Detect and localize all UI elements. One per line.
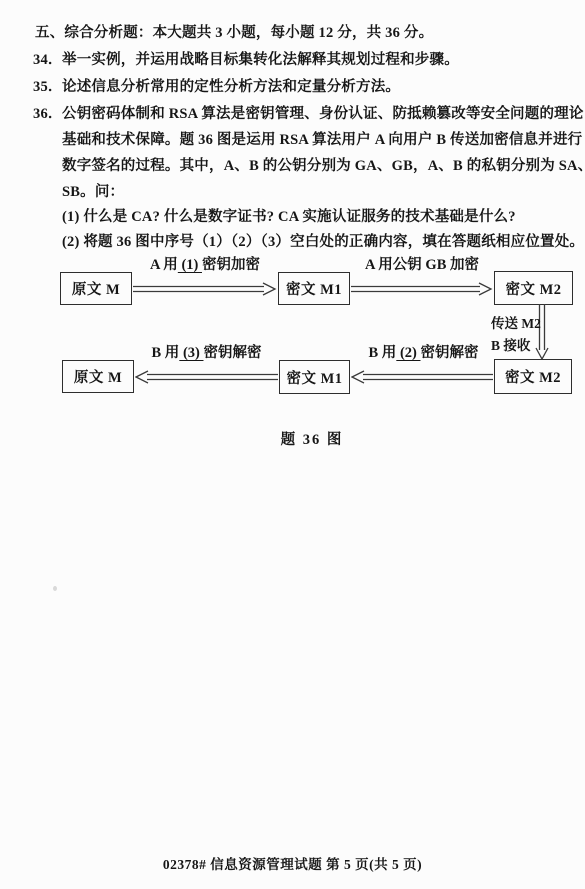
encrypt-step1-blank: (1) — [178, 257, 202, 273]
question-36-line-4: SB。问： — [62, 183, 124, 202]
encrypt-step1-label: A 用 (1) 密钥加密 — [134, 253, 276, 274]
plaintext-box-top: 原文 M — [60, 272, 132, 305]
figure-caption: 题 36 图 — [252, 428, 372, 449]
question-36-number: 36． — [33, 105, 63, 124]
transfer-receive-label: B 接收 — [491, 334, 530, 354]
arrow-left-icon — [135, 370, 278, 384]
cipher-m1-box-top: 密文 M1 — [278, 272, 350, 305]
arrow-right-icon — [351, 282, 493, 296]
exam-page: 五、综合分析题：本大题共 3 小题，每小题 12 分，共 36 分。 34． 举… — [0, 0, 585, 889]
question-36-line-1: 公钥密码体制和 RSA 算法是密钥管理、身份认证、防抵赖篡改等安全问题的理论 — [62, 105, 584, 124]
decrypt-step3-label-prefix: B 用 — [152, 345, 180, 361]
section-heading: 五、综合分析题：本大题共 3 小题，每小题 12 分，共 36 分。 — [35, 24, 433, 43]
cipher-m2-box-bottom: 密文 M2 — [494, 359, 572, 394]
page-footer: 02378# 信息资源管理试题 第 5 页(共 5 页) — [0, 853, 585, 873]
decrypt-step2-label: B 用 (2) 密钥解密 — [351, 341, 496, 362]
encrypt-step1-label-prefix: A 用 — [150, 257, 178, 273]
decrypt-step2-label-suffix: 密钥解密 — [420, 345, 478, 361]
arrow-left-icon — [351, 370, 493, 384]
decrypt-step3-label-suffix: 密钥解密 — [203, 345, 261, 361]
decrypt-step2-label-prefix: B 用 — [369, 345, 397, 361]
decrypt-step3-blank: (3) — [179, 345, 203, 361]
transfer-send-label: 传送 M2 — [491, 312, 541, 332]
cipher-m1-box-bottom: 密文 M1 — [279, 360, 350, 394]
question-36-subquestion-2: (2) 将题 36 图中序号（1）（2）（3）空白处的正确内容，填在答题纸相应位… — [62, 233, 584, 252]
question-34-text: 举一实例，并运用战略目标集转化法解释其规划过程和步骤。 — [62, 51, 459, 70]
question-36-subquestion-1: (1) 什么是 CA? 什么是数字证书? CA 实施认证服务的技术基础是什么? — [62, 208, 516, 227]
scan-artifact — [53, 586, 57, 591]
question-36-line-3: 数字签名的过程。其中，A、B 的公钥分别为 GA、GB，A、B 的私钥分别为 S… — [62, 157, 585, 176]
encrypt-step1-label-suffix: 密钥加密 — [202, 257, 260, 273]
arrow-right-icon — [133, 282, 277, 296]
question-36-line-2: 基础和技术保障。题 36 图是运用 RSA 算法用户 A 向用户 B 传送加密信… — [62, 131, 582, 150]
encrypt-step2-label: A 用公钥 GB 加密 — [351, 253, 493, 274]
question-34-number: 34． — [33, 51, 63, 70]
cipher-m2-box-top: 密文 M2 — [494, 271, 573, 305]
question-35-number: 35． — [33, 78, 63, 97]
decrypt-step3-label: B 用 (3) 密钥解密 — [134, 341, 279, 362]
question-35-text: 论述信息分析常用的定性分析方法和定量分析方法。 — [62, 78, 400, 97]
plaintext-box-bottom: 原文 M — [62, 360, 134, 393]
decrypt-step2-blank: (2) — [396, 345, 420, 361]
